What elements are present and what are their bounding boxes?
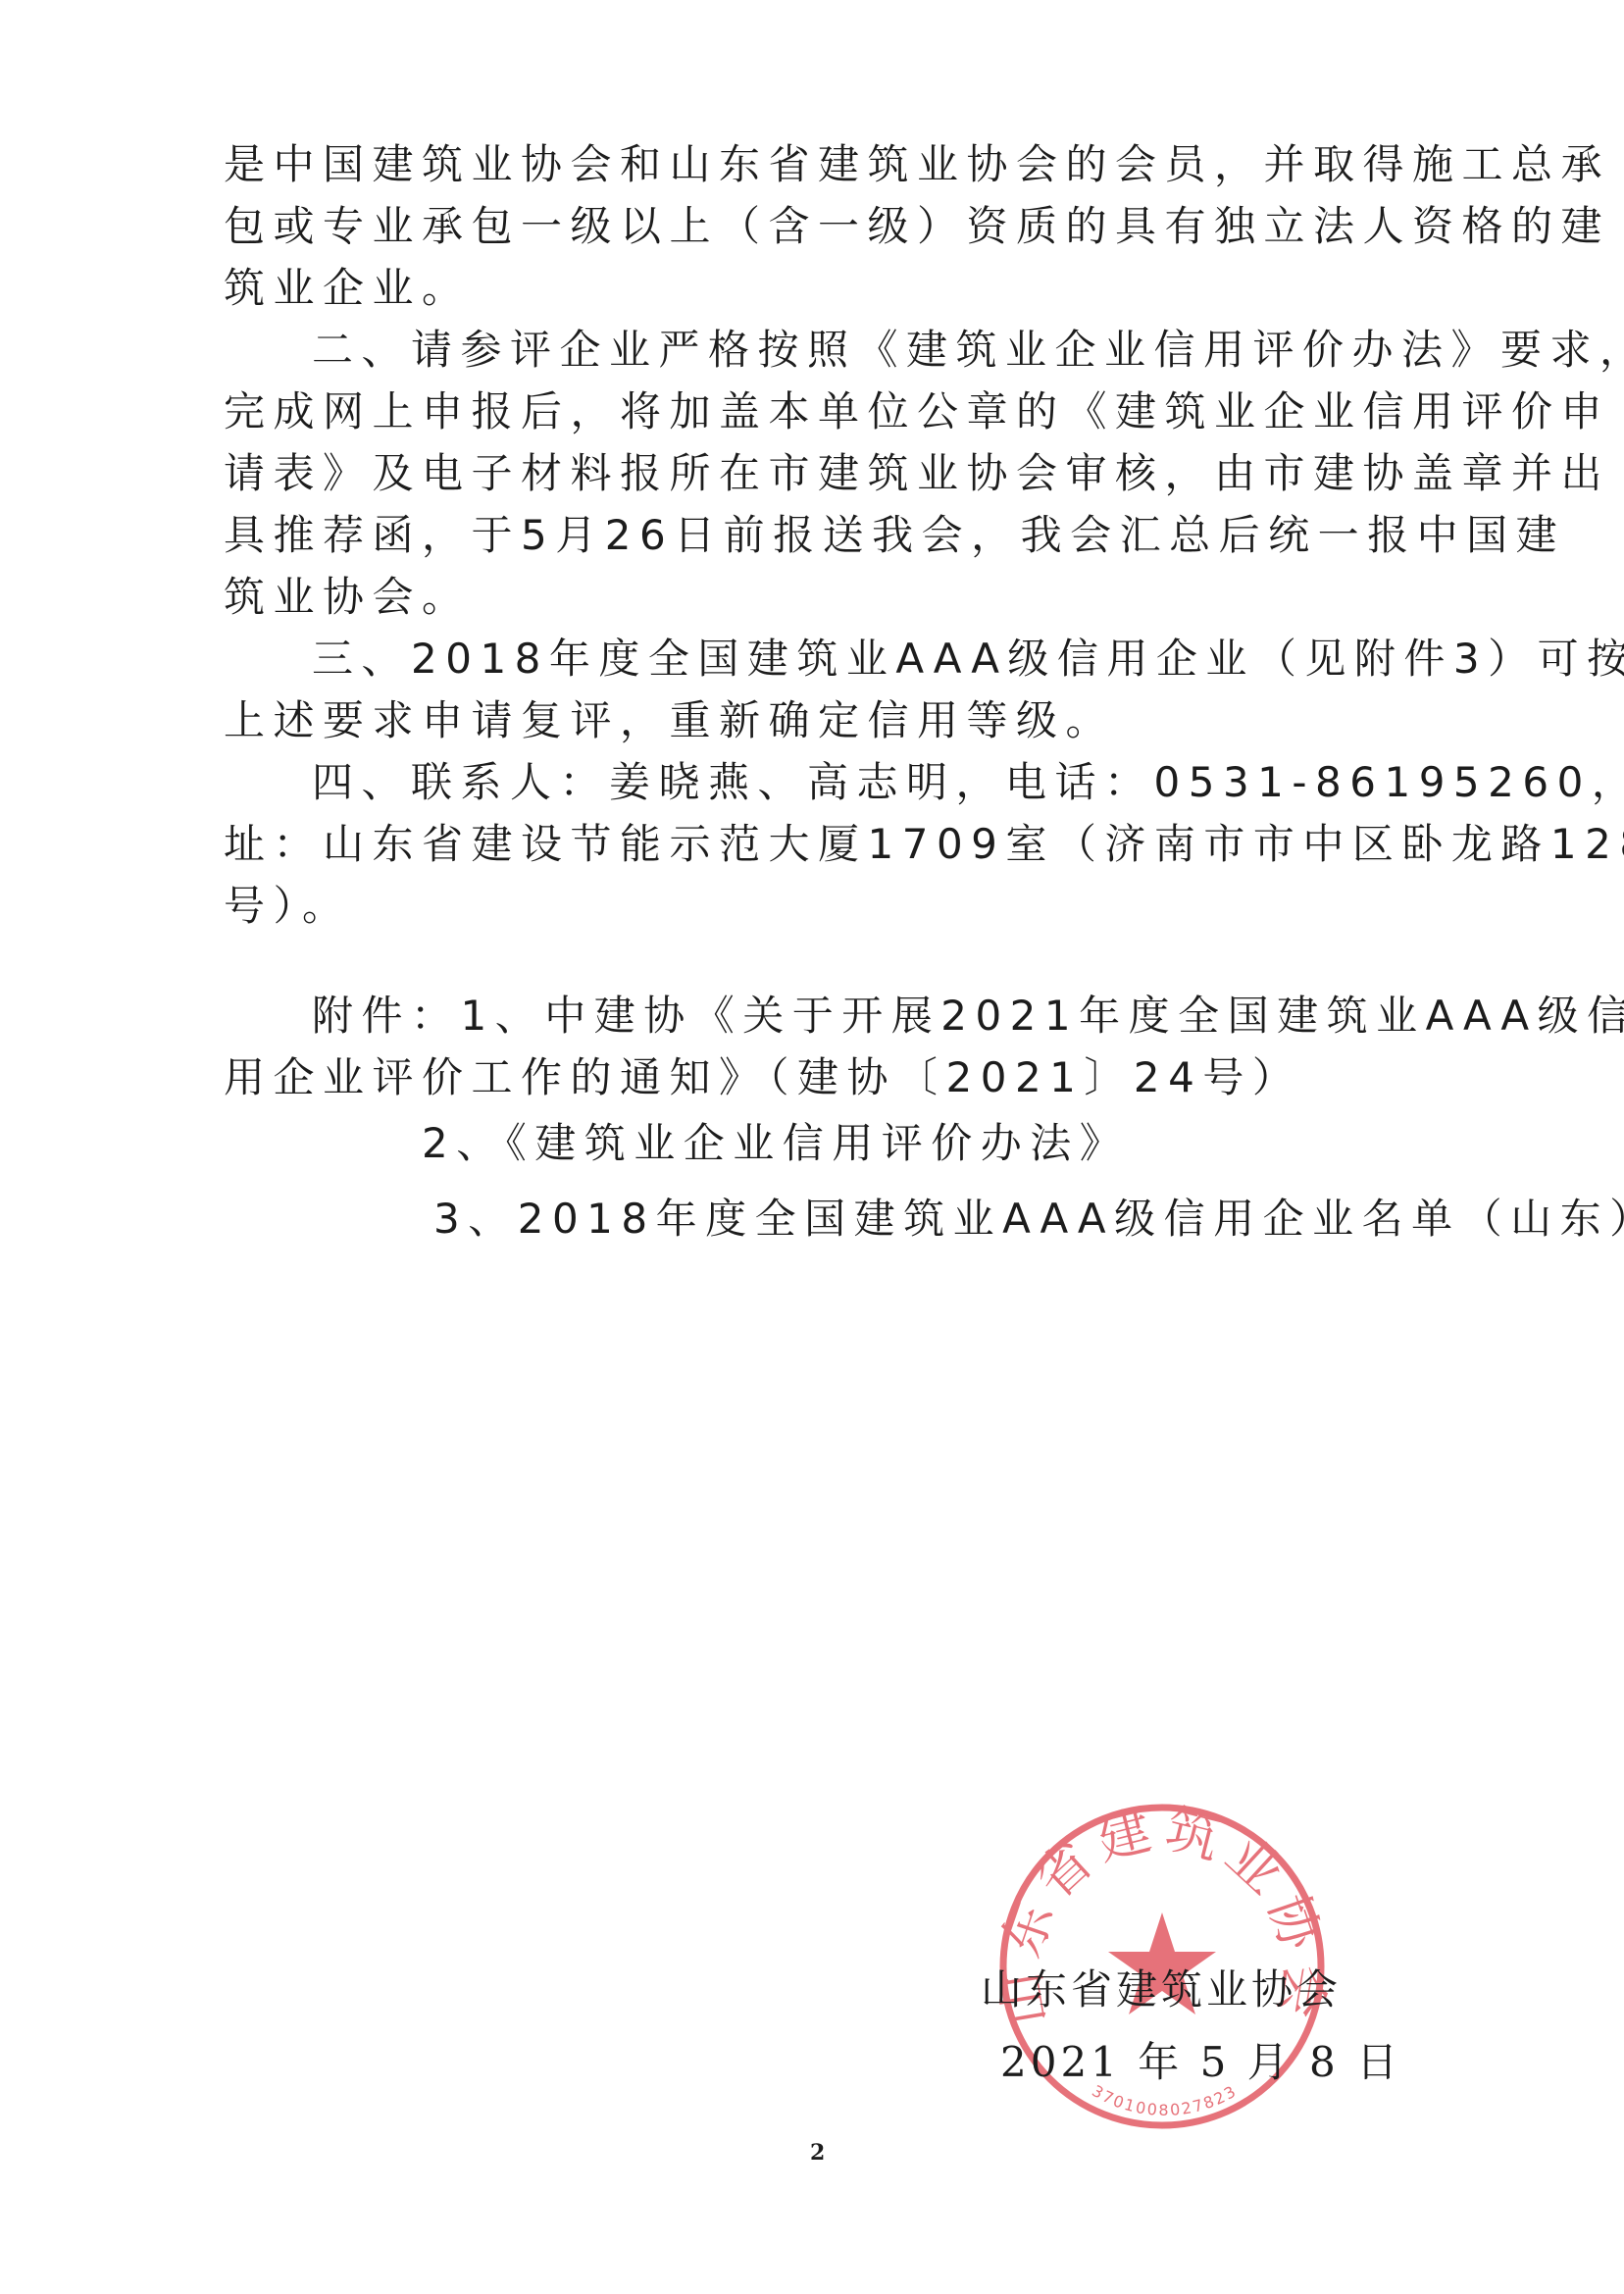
paragraph-line: 包或专业承包一级以上（含一级）资质的具有独立法人资格的建 xyxy=(224,197,1434,256)
signature-organization: 山东省建筑业协会 xyxy=(981,1958,1342,2016)
paragraph-line: 址：山东省建设节能示范大厦1709室（济南市市中区卧龙路128 xyxy=(224,815,1434,874)
paragraph-line: 具推荐函，于5月26日前报送我会，我会汇总后统一报中国建 xyxy=(224,506,1434,565)
paragraph-line: 筑业协会。 xyxy=(224,568,1434,627)
attachment-line: 附件：1、中建协《关于开展2021年度全国建筑业AAA级信 xyxy=(312,987,1522,1045)
paragraph-line: 筑业企业。 xyxy=(224,259,1434,318)
paragraph-line: 二、请参评企业严格按照《建筑业企业信用评价办法》要求， xyxy=(312,321,1522,380)
page-number: 2 xyxy=(810,2140,825,2166)
paragraph-line: 三、2018年度全国建筑业AAA级信用企业（见附件3）可按 xyxy=(312,630,1522,688)
paragraph-line: 请表》及电子材料报所在市建筑业协会审核，由市建协盖章并出 xyxy=(224,444,1434,503)
attachment-line: 3、2018年度全国建筑业AAA级信用企业名单（山东） xyxy=(433,1190,1624,1249)
attachment-line: 2、《建筑业企业信用评价办法》 xyxy=(422,1114,1624,1173)
paragraph-line: 四、联系人：姜晓燕、高志明，电话：0531-86195260，地 xyxy=(312,753,1522,812)
paragraph-line: 上述要求申请复评，重新确定信用等级。 xyxy=(224,691,1434,750)
signature-date: 2021 年 5 月 8 日 xyxy=(1000,2030,1401,2089)
paragraph-line: 完成网上申报后，将加盖本单位公章的《建筑业企业信用评价申 xyxy=(224,382,1434,441)
paragraph-line: 号）。 xyxy=(224,877,1434,936)
attachment-line: 用企业评价工作的通知》（建协〔2021〕24号） xyxy=(224,1048,1434,1107)
paragraph-line: 是中国建筑业协会和山东省建筑业协会的会员，并取得施工总承 xyxy=(224,135,1434,194)
